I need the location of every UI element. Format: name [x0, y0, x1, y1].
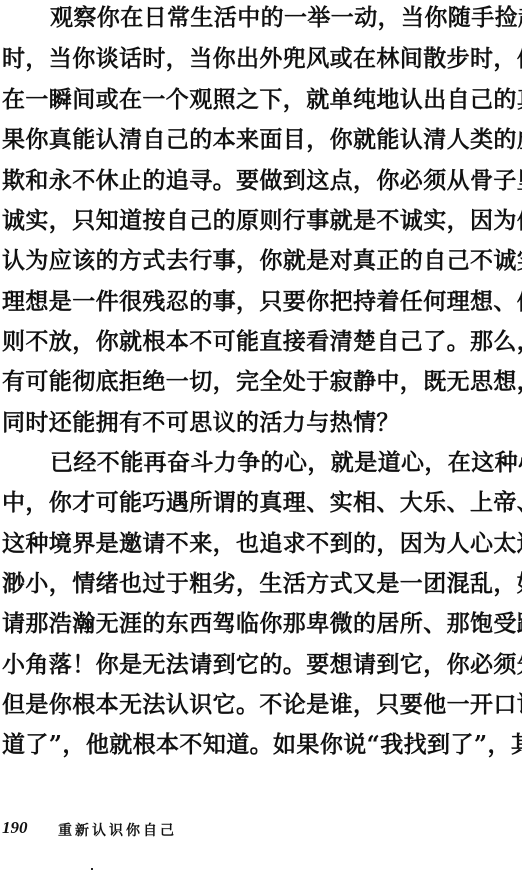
scan-speck — [91, 868, 93, 870]
text-line: 理想是一件很残忍的事，只要你把持着任何理想、信仰或原 — [2, 287, 520, 317]
text-line: 果你真能认清自己的本来面目，你就能认清人类的虚假、自 — [2, 125, 520, 155]
text-line: 已经不能再奋斗力争的心，就是道心，在这种心智状态 — [50, 448, 520, 478]
text-line: 欺和永不休止的追寻。要做到这点，你必须从骨子里对自己 — [2, 166, 520, 196]
text-line: 时，当你谈话时，当你出外兜风或在林间散步时，你是否能 — [2, 44, 520, 74]
text-line: 渺小，情绪也过于粗劣，生活方式又是一团混乱，如何能邀 — [2, 569, 520, 599]
text-line: 在一瞬间或在一个观照之下，就单纯地认出自己的真相？如 — [2, 85, 520, 115]
text-line: 同时还能拥有不可思议的活力与热情？ — [2, 408, 520, 438]
text-line: 认为应该的方式去行事，你就是对真正的自己不诚实。心怀 — [2, 246, 520, 276]
page-number: 190 — [2, 818, 28, 838]
text-line: 有可能彻底拒绝一切，完全处于寂静中，既无思想，也无恐惧， — [2, 367, 520, 397]
text-line: 中，你才可能巧遇所谓的真理、实相、大乐、上帝、美或爱。 — [2, 488, 520, 518]
book-page: 观察你在日常生活中的一举一动，当你随手捡起一枝笔 时，当你谈话时，当你出外兜风或… — [0, 0, 522, 872]
text-line: 诚实，只知道按自己的原则行事就是不诚实，因为你按照你 — [2, 206, 520, 236]
text-line: 则不放，你就根本不可能直接看清楚自己了。那么，你有没 — [2, 327, 520, 357]
running-footer-title: 重新认识你自己 — [58, 820, 177, 840]
text-line: 但是你根本无法认识它。不论是谁，只要他一开口说“我知 — [2, 690, 520, 720]
text-line: 观察你在日常生活中的一举一动，当你随手捡起一枝笔 — [50, 3, 520, 33]
text-line: 这种境界是邀请不来，也追求不到的，因为人心太过于愚蠢 — [2, 529, 520, 559]
text-line: 小角落！你是无法请到它的。要想请到它，你必须先认识它， — [2, 650, 520, 680]
text-line: 道了”，他就根本不知道。如果你说“我找到了”，其实你还 — [2, 730, 520, 760]
text-line: 请那浩瀚无涯的东西驾临你那卑微的居所、那饱受践踏的小 — [2, 609, 520, 639]
